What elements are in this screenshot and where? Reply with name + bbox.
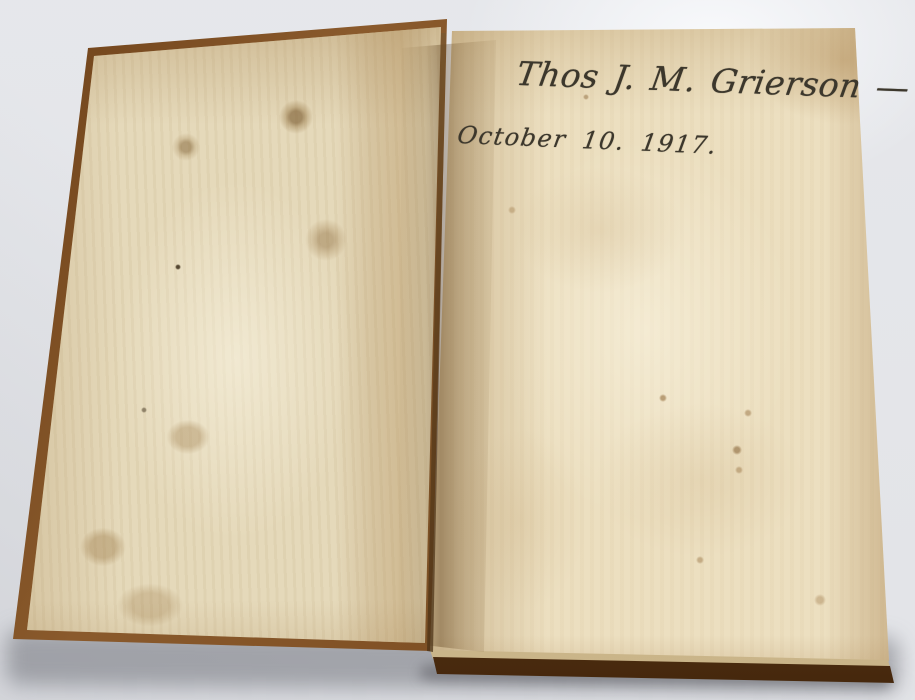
photo-of-open-book: Thos J. M. Grierson — October 10. 1917. — [0, 0, 915, 700]
